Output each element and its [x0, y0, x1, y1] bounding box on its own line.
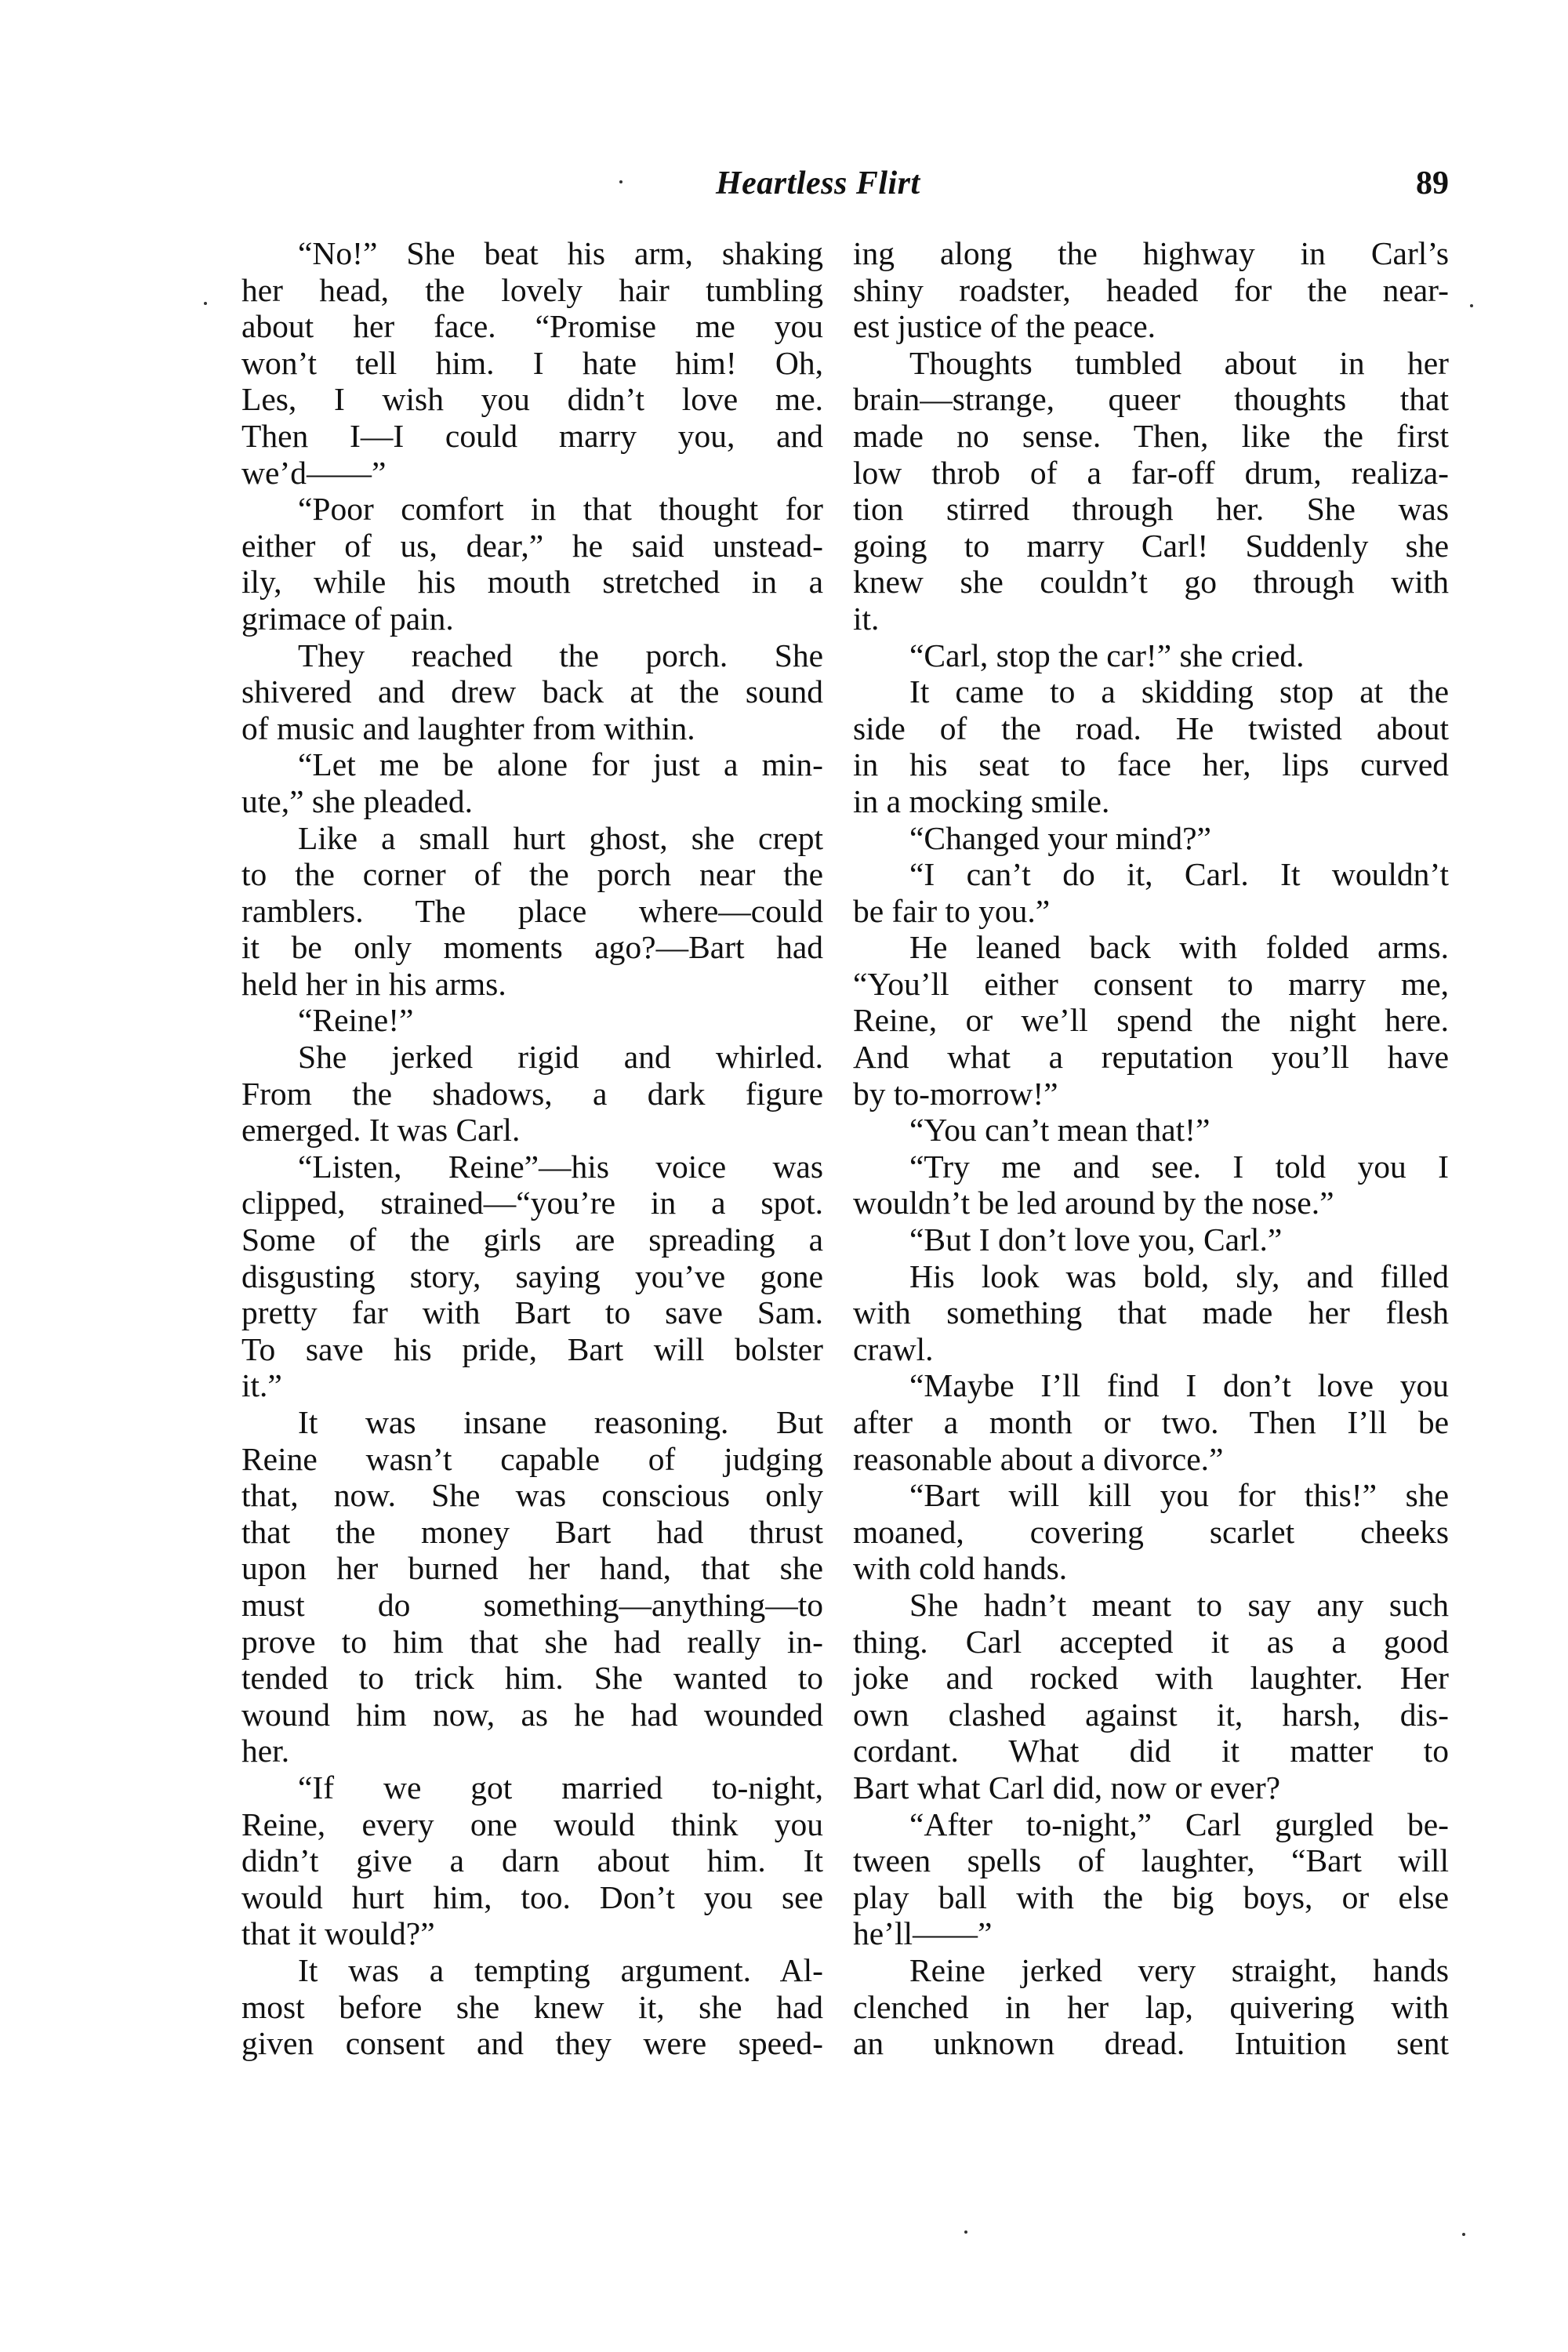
text-line: with cold hands.	[853, 1550, 1449, 1587]
text-line: tended to trick him. She wanted to	[241, 1660, 823, 1697]
text-line: after a month or two. Then I’ll be	[853, 1404, 1449, 1441]
text-line: est justice of the peace.	[853, 308, 1449, 345]
text-line: with something that made her flesh	[853, 1294, 1449, 1331]
text-line: tion stirred through her. She was	[853, 491, 1449, 528]
text-line: be fair to you.”	[853, 893, 1449, 930]
text-line: Like a small hurt ghost, she crept	[241, 820, 823, 857]
text-line: disgusting story, saying you’ve gone	[241, 1258, 823, 1295]
text-line: He leaned back with folded arms.	[853, 929, 1449, 966]
text-line: prove to him that she had really in-	[241, 1624, 823, 1661]
text-line: going to marry Carl! Suddenly she	[853, 528, 1449, 564]
text-line: it.”	[241, 1367, 823, 1404]
text-line: play ball with the big boys, or else	[853, 1879, 1449, 1916]
text-line: cordant. What did it matter to	[853, 1733, 1449, 1769]
text-line: tween spells of laughter, “Bart will	[853, 1842, 1449, 1879]
text-line: grimace of pain.	[241, 601, 823, 637]
text-line: Thoughts tumbled about in her	[853, 345, 1449, 382]
text-line: reasonable about a divorce.”	[853, 1441, 1449, 1478]
text-line: “Carl, stop the car!” she cried.	[853, 637, 1449, 674]
text-line: “Bart will kill you for this!” she	[853, 1477, 1449, 1514]
text-line: her head, the lovely hair tumbling	[241, 272, 823, 309]
text-line: didn’t give a darn about him. It	[241, 1842, 823, 1879]
text-line: She jerked rigid and whirled.	[241, 1039, 823, 1076]
text-line: ily, while his mouth stretched in a	[241, 564, 823, 601]
text-line: His look was bold, sly, and filled	[853, 1258, 1449, 1295]
text-line: “You’ll either consent to marry me,	[853, 966, 1449, 1003]
text-column-left: “No!” She beat his arm, shakingher head,…	[241, 235, 823, 2062]
text-line: It was a tempting argument. Al-	[241, 1952, 823, 1989]
text-line: “Maybe I’ll find I don’t love you	[853, 1367, 1449, 1404]
text-line: we’d——”	[241, 455, 823, 492]
text-line: “Try me and see. I told you I	[853, 1149, 1449, 1185]
text-line: thing. Carl accepted it as a good	[853, 1624, 1449, 1661]
text-line: would hurt him, too. Don’t you see	[241, 1879, 823, 1916]
scan-speck	[1470, 304, 1473, 307]
text-line: pretty far with Bart to save Sam.	[241, 1294, 823, 1331]
text-line: given consent and they were speed-	[241, 2025, 823, 2062]
text-line: emerged. It was Carl.	[241, 1112, 823, 1149]
text-line: wouldn’t be led around by the nose.”	[853, 1185, 1449, 1221]
page-number: 89	[1416, 165, 1449, 202]
text-line: side of the road. He twisted about	[853, 710, 1449, 747]
text-line: clenched in her lap, quivering with	[853, 1989, 1449, 2026]
text-line: shivered and drew back at the sound	[241, 673, 823, 710]
text-line: To save his pride, Bart will bolster	[241, 1331, 823, 1368]
text-line: that the money Bart had thrust	[241, 1514, 823, 1551]
text-line: “I can’t do it, Carl. It wouldn’t	[853, 856, 1449, 893]
scan-speck	[1462, 2233, 1465, 2236]
text-line: to the corner of the porch near the	[241, 856, 823, 893]
text-line: “Reine!”	[241, 1002, 823, 1039]
text-line: “After to-night,” Carl gurgled be-	[853, 1806, 1449, 1843]
text-line: Reine jerked very straight, hands	[853, 1952, 1449, 1989]
text-line: must do something—anything—to	[241, 1587, 823, 1624]
text-line: upon her burned her hand, that she	[241, 1550, 823, 1587]
text-line: either of us, dear,” he said unstead-	[241, 528, 823, 564]
book-page: Heartless Flirt 89 “No!” She beat his ar…	[0, 0, 1568, 2352]
text-line: It came to a skidding stop at the	[853, 673, 1449, 710]
text-line: wound him now, as he had wounded	[241, 1697, 823, 1733]
text-line: Reine wasn’t capable of judging	[241, 1441, 823, 1478]
text-line: made no sense. Then, like the first	[853, 418, 1449, 455]
text-line: “Changed your mind?”	[853, 820, 1449, 857]
text-line: her.	[241, 1733, 823, 1769]
text-line: own clashed against it, harsh, dis-	[853, 1697, 1449, 1733]
text-line: ramblers. The place where—could	[241, 893, 823, 930]
text-line: it be only moments ago?—Bart had	[241, 929, 823, 966]
text-line: knew she couldn’t go through with	[853, 564, 1449, 601]
text-line: “If we got married to-night,	[241, 1769, 823, 1806]
text-line: Reine, or we’ll spend the night here.	[853, 1002, 1449, 1039]
text-line: held her in his arms.	[241, 966, 823, 1003]
text-line: he’ll——”	[853, 1915, 1449, 1952]
text-line: crawl.	[853, 1331, 1449, 1368]
text-line: low throb of a far-off drum, realiza-	[853, 455, 1449, 492]
text-line: it.	[853, 601, 1449, 637]
text-line: Reine, every one would think you	[241, 1806, 823, 1843]
text-line: ing along the highway in Carl’s	[853, 235, 1449, 272]
text-line: brain—strange, queer thoughts that	[853, 381, 1449, 418]
text-line: about her face. “Promise me you	[241, 308, 823, 345]
text-line: Some of the girls are spreading a	[241, 1221, 823, 1258]
text-line: joke and rocked with laughter. Her	[853, 1660, 1449, 1697]
text-line: most before she knew it, she had	[241, 1989, 823, 2026]
text-line: “No!” She beat his arm, shaking	[241, 235, 823, 272]
text-line: in a mocking smile.	[853, 783, 1449, 820]
scan-speck	[619, 180, 622, 183]
text-line: From the shadows, a dark figure	[241, 1076, 823, 1112]
text-line: that, now. She was conscious only	[241, 1477, 823, 1514]
text-line: that it would?”	[241, 1915, 823, 1952]
text-line: “Poor comfort in that thought for	[241, 491, 823, 528]
text-line: won’t tell him. I hate him! Oh,	[241, 345, 823, 382]
text-line: in his seat to face her, lips curved	[853, 746, 1449, 783]
text-line: Then I—I could marry you, and	[241, 418, 823, 455]
text-line: by to-morrow!”	[853, 1076, 1449, 1112]
text-line: And what a reputation you’ll have	[853, 1039, 1449, 1076]
text-line: an unknown dread. Intuition sent	[853, 2025, 1449, 2062]
text-line: She hadn’t meant to say any such	[853, 1587, 1449, 1624]
text-line: Bart what Carl did, now or ever?	[853, 1769, 1449, 1806]
text-line: ute,” she pleaded.	[241, 783, 823, 820]
running-header: Heartless Flirt 89	[241, 165, 1449, 212]
scan-speck	[964, 2230, 967, 2234]
text-line: of music and laughter from within.	[241, 710, 823, 747]
text-line: They reached the porch. She	[241, 637, 823, 674]
text-line: Les, I wish you didn’t love me.	[241, 381, 823, 418]
scan-speck	[204, 302, 207, 305]
text-line: “Listen, Reine”—his voice was	[241, 1149, 823, 1185]
running-title: Heartless Flirt	[716, 165, 920, 202]
text-line: clipped, strained—“you’re in a spot.	[241, 1185, 823, 1221]
text-line: moaned, covering scarlet cheeks	[853, 1514, 1449, 1551]
text-line: shiny roadster, headed for the near-	[853, 272, 1449, 309]
text-line: “Let me be alone for just a min-	[241, 746, 823, 783]
text-column-right: ing along the highway in Carl’sshiny roa…	[853, 235, 1449, 2062]
text-line: “But I don’t love you, Carl.”	[853, 1221, 1449, 1258]
text-line: “You can’t mean that!”	[853, 1112, 1449, 1149]
text-line: It was insane reasoning. But	[241, 1404, 823, 1441]
